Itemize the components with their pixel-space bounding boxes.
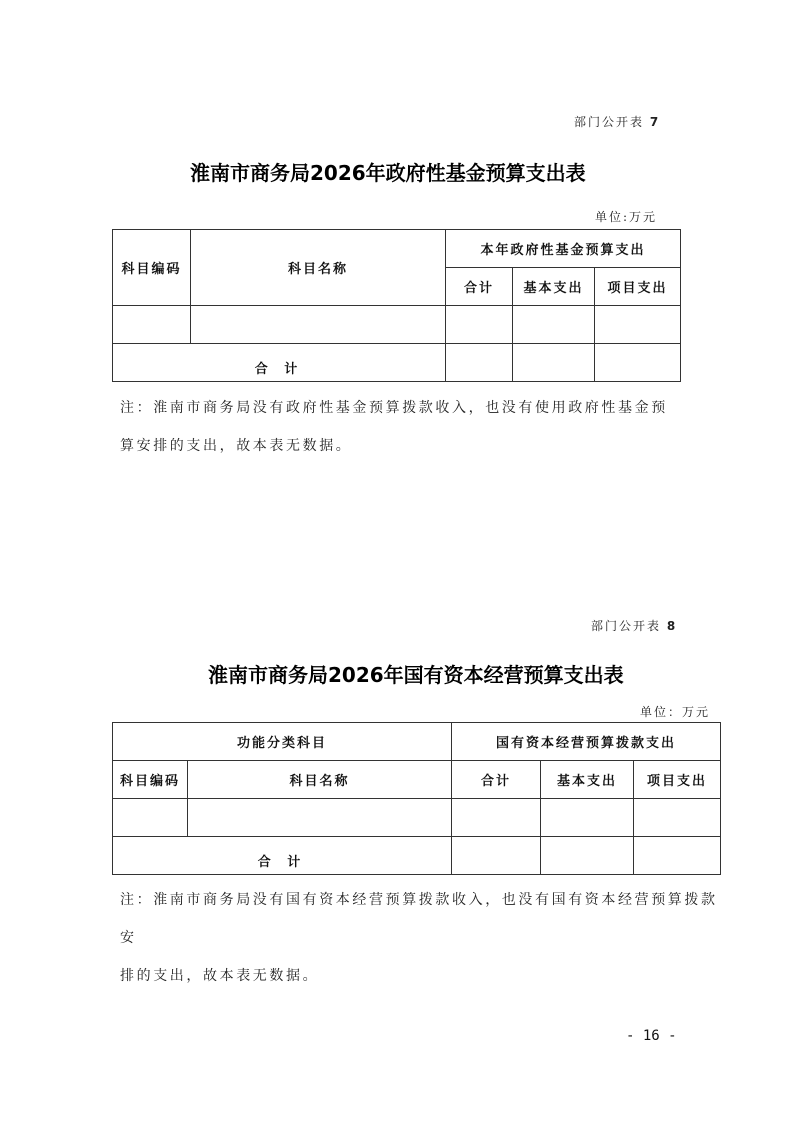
table-label-7: 部门公开表 7 xyxy=(574,113,658,130)
table-label-number: 7 xyxy=(650,115,658,129)
cell-total xyxy=(452,799,541,837)
page-title-7: 淮南市商务局2026年政府性基金预算支出表 xyxy=(190,157,586,186)
note-line-1: 注：淮南市商务局没有国有资本经营预算拨款收入，也没有国有资本经营预算拨款安 xyxy=(120,881,730,957)
header-subject-code: 科目编码 xyxy=(113,230,191,306)
header-project: 项目支出 xyxy=(634,761,721,799)
header-total: 合计 xyxy=(446,268,513,306)
cell-code xyxy=(113,306,191,344)
header-total: 合计 xyxy=(452,761,541,799)
table-label-number: 8 xyxy=(667,619,675,633)
header-project: 项目支出 xyxy=(595,268,681,306)
header-subject-code: 科目编码 xyxy=(113,761,188,799)
total-label: 合 计 xyxy=(113,344,446,382)
note-line-2: 排的支出，故本表无数据。 xyxy=(120,957,730,995)
table-row xyxy=(113,306,681,344)
unit-label-8: 单位：万元 xyxy=(640,703,710,720)
note-line-2: 算安排的支出，故本表无数据。 xyxy=(120,427,700,465)
note-line-1: 注：淮南市商务局没有政府性基金预算拨款收入，也没有使用政府性基金预 xyxy=(120,389,700,427)
page-number: - 16 - xyxy=(626,1028,677,1044)
header-capital-expenditure: 国有资本经营预算拨款支出 xyxy=(452,723,721,761)
total-cell-total xyxy=(446,344,513,382)
cell-name xyxy=(188,799,452,837)
total-label: 合 计 xyxy=(113,837,452,875)
total-cell-basic xyxy=(541,837,634,875)
unit-label-7: 单位:万元 xyxy=(595,208,657,225)
cell-basic xyxy=(513,306,595,344)
header-fund-expenditure: 本年政府性基金预算支出 xyxy=(446,230,681,268)
cell-total xyxy=(446,306,513,344)
table-label-prefix: 部门公开表 xyxy=(574,115,644,129)
header-subject-name: 科目名称 xyxy=(188,761,452,799)
header-functional-category: 功能分类科目 xyxy=(113,723,452,761)
page-title-8: 淮南市商务局2026年国有资本经营预算支出表 xyxy=(208,659,624,688)
table-label-8: 部门公开表 8 xyxy=(591,617,675,634)
state-capital-table: 功能分类科目 国有资本经营预算拨款支出 科目编码 科目名称 合计 基本支出 项目… xyxy=(112,722,721,875)
cell-project xyxy=(595,306,681,344)
table-row xyxy=(113,799,721,837)
government-fund-table: 科目编码 科目名称 本年政府性基金预算支出 合计 基本支出 项目支出 合 计 xyxy=(112,229,681,382)
table-label-prefix: 部门公开表 xyxy=(591,619,661,633)
note-7: 注：淮南市商务局没有政府性基金预算拨款收入，也没有使用政府性基金预 算安排的支出… xyxy=(120,389,700,465)
cell-code xyxy=(113,799,188,837)
cell-basic xyxy=(541,799,634,837)
header-basic: 基本支出 xyxy=(513,268,595,306)
total-cell-project xyxy=(595,344,681,382)
note-8: 注：淮南市商务局没有国有资本经营预算拨款收入，也没有国有资本经营预算拨款安 排的… xyxy=(120,881,730,995)
total-row: 合 计 xyxy=(113,837,721,875)
total-cell-project xyxy=(634,837,721,875)
cell-project xyxy=(634,799,721,837)
total-row: 合 计 xyxy=(113,344,681,382)
cell-name xyxy=(191,306,446,344)
header-basic: 基本支出 xyxy=(541,761,634,799)
header-subject-name: 科目名称 xyxy=(191,230,446,306)
total-cell-basic xyxy=(513,344,595,382)
total-cell-total xyxy=(452,837,541,875)
